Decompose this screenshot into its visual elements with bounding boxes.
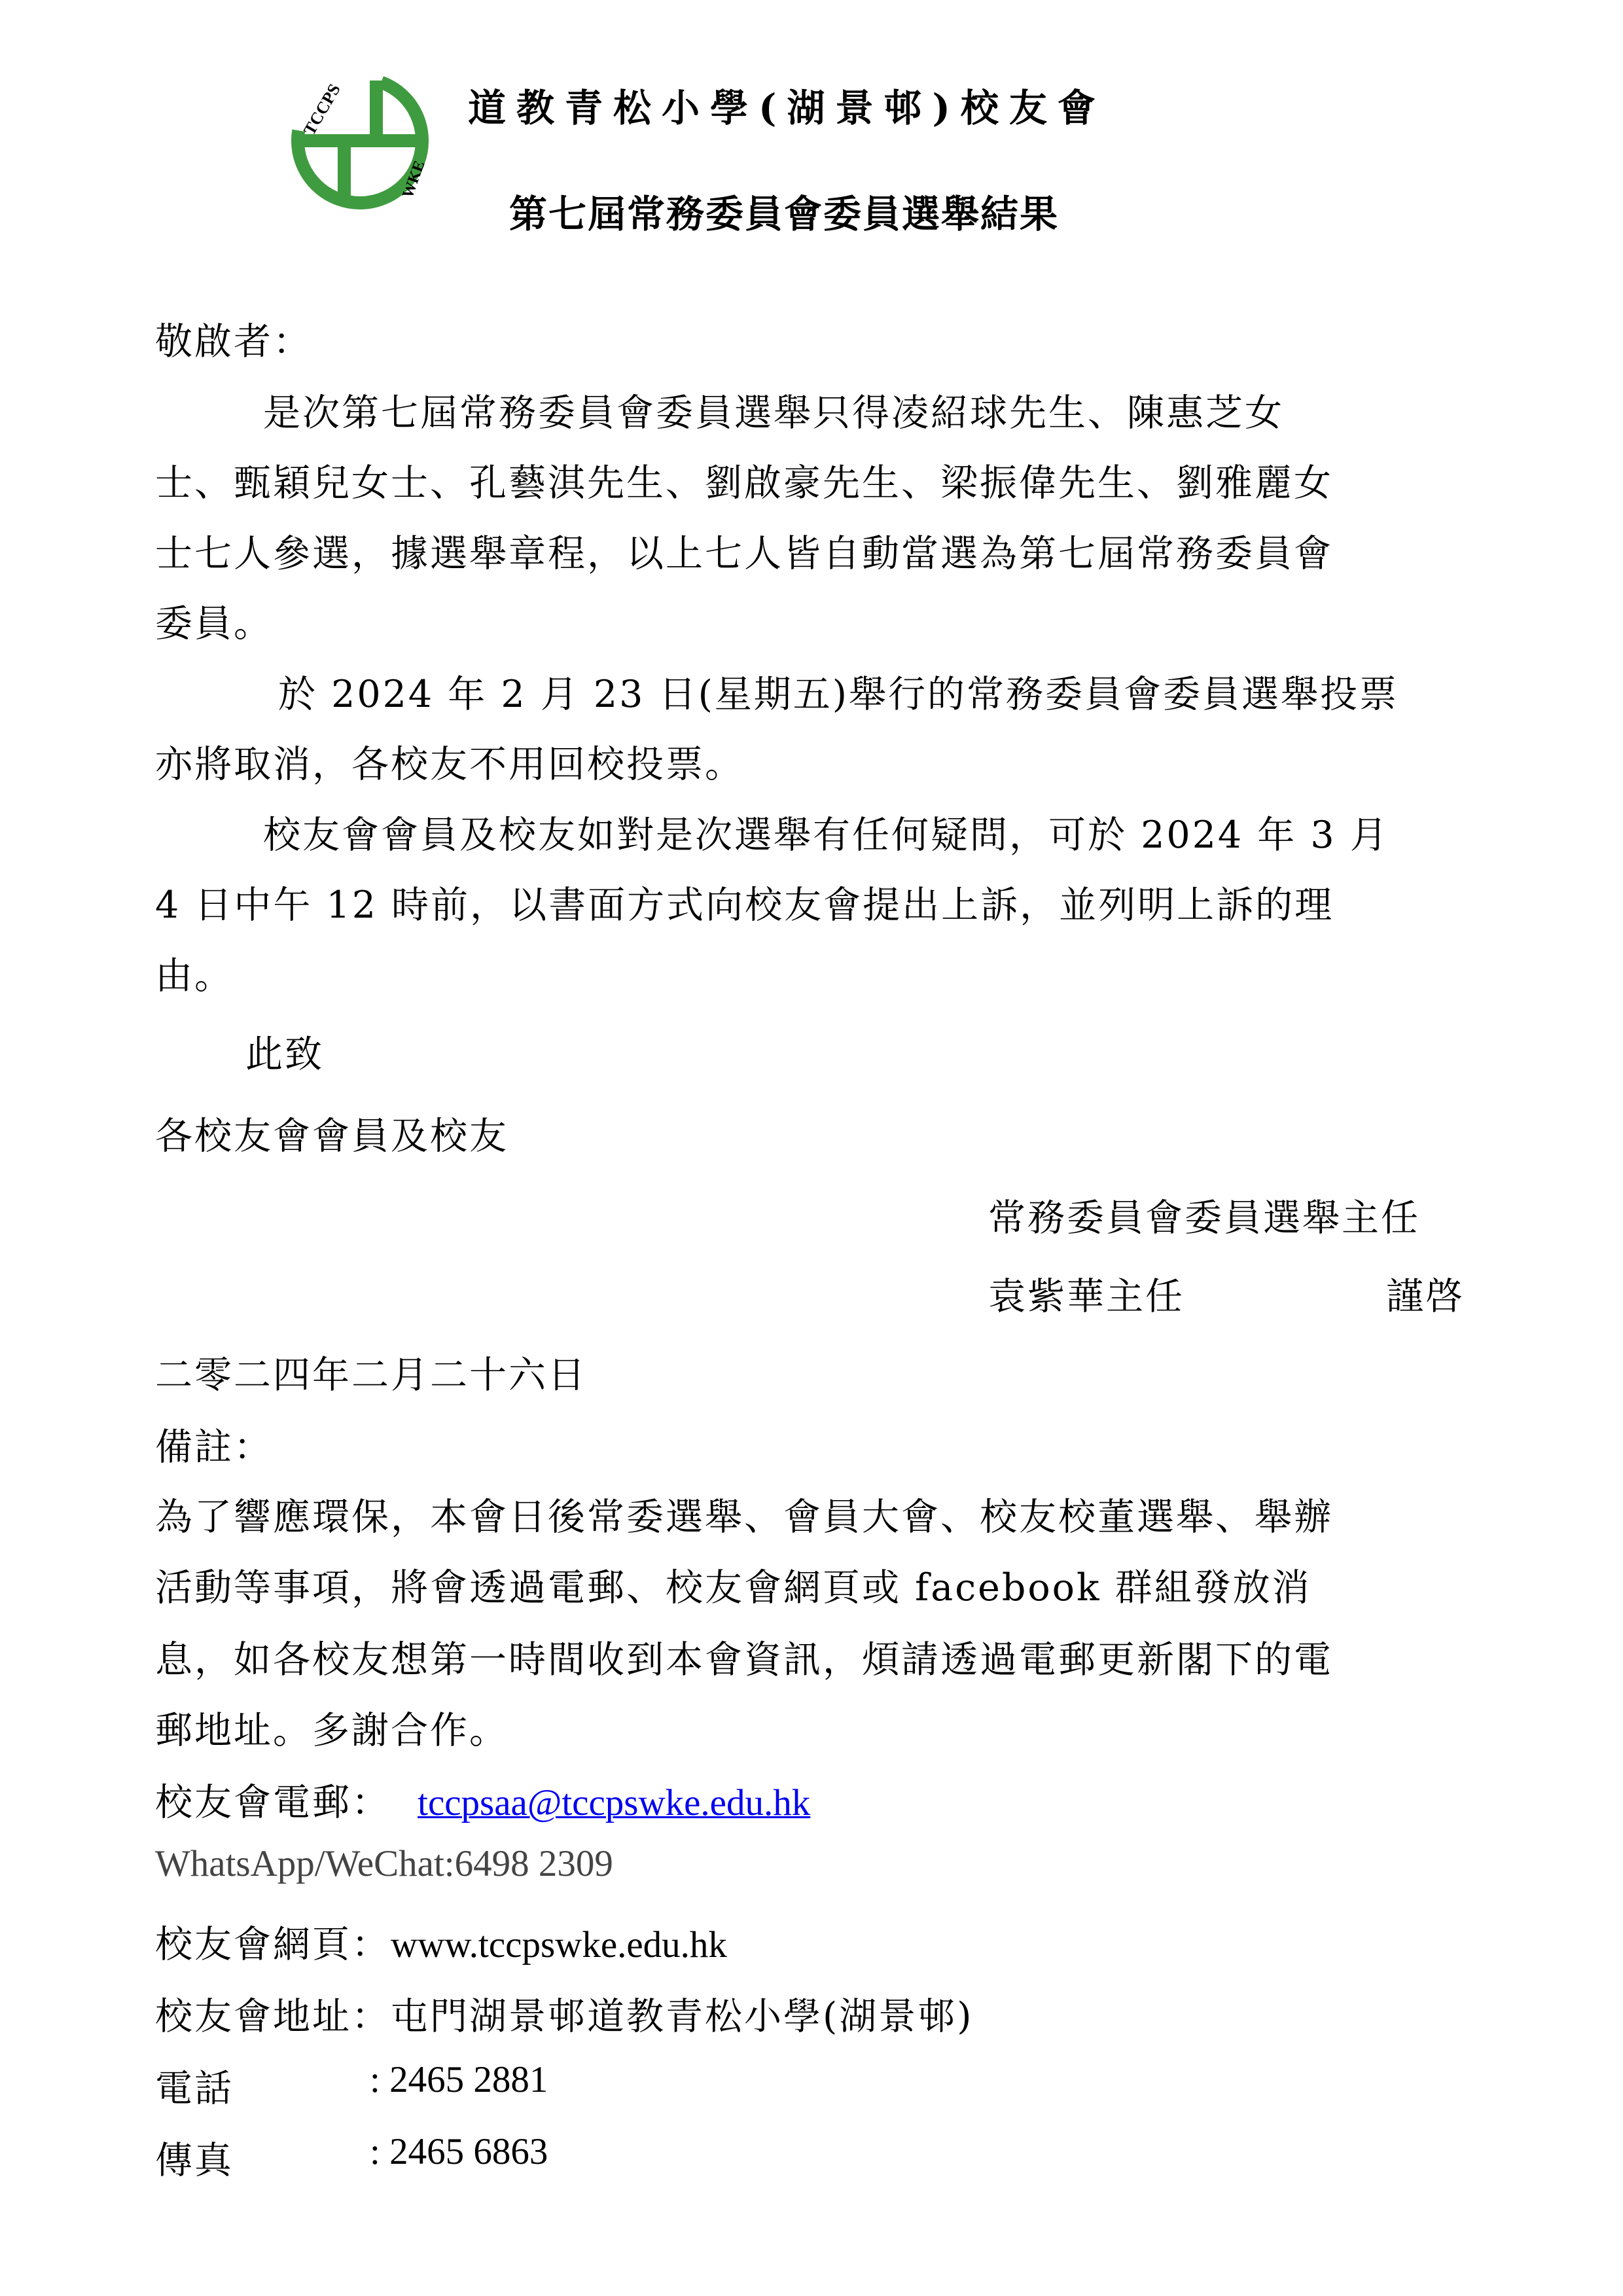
email-link[interactable]: tccpsaa@tccpswke.edu.hk (418, 1782, 810, 1823)
email-label: 校友會電郵： (155, 1781, 391, 1824)
note-line3: 息，如各校友想第一時間收到本會資訊，煩請透過電郵更新閣下的電 (155, 1630, 1333, 1683)
salutation: 敬啟者： (155, 312, 312, 365)
website-url: www.tccpswke.edu.hk (391, 1924, 727, 1965)
organization-name: 道教青松小學(湖景邨)校友會 (468, 77, 1106, 132)
paragraph1-line1: 是次第七屆常務委員會委員選舉只得凌紹球先生、陳惠芝女 (263, 383, 1284, 437)
tccps-wke-logo-icon: TCCPS WKE (275, 62, 438, 226)
note-line4: 郵地址。多謝合作。 (155, 1700, 508, 1754)
signoff: 謹啓 (1386, 1266, 1465, 1320)
whatsapp-wechat: WhatsApp/WeChat:6498 2309 (155, 1842, 613, 1885)
paragraph3-line2: 4 日中午 12 時前，以書面方式向校友會提出上訴，並列明上訴的理 (155, 875, 1334, 929)
contact-email-row: 校友會電郵： tccpsaa@tccpswke.edu.hk (155, 1772, 810, 1826)
contact-website-row: 校友會網頁：www.tccpswke.edu.hk (155, 1914, 727, 1968)
paragraph3-line1: 校友會會員及校友如對是次選舉有任何疑問，可於 2024 年 3 月 (263, 805, 1389, 859)
phone-label: 電話 (155, 2058, 234, 2112)
svg-text:TCCPS: TCCPS (300, 81, 344, 138)
paragraph1-line3: 士七人參選，據選舉章程，以上七人皆自動當選為第七屆常務委員會 (155, 524, 1333, 577)
signer-title: 常務委員會委員選舉主任 (988, 1188, 1420, 1242)
note-label: 備註： (155, 1417, 273, 1471)
document-title: 第七屆常務委員會委員選舉結果 (509, 183, 1059, 238)
fax-label: 傳真 (155, 2130, 234, 2184)
fax-value: : 2465 6863 (370, 2130, 548, 2173)
paragraph1-line2: 士、甄穎兒女士、孔藝淇先生、劉啟豪先生、梁振偉先生、劉雅麗女 (155, 453, 1333, 507)
address-value: 屯門湖景邨道教青松小學(湖景邨) (391, 1995, 973, 2038)
letter-date: 二零二四年二月二十六日 (155, 1345, 587, 1399)
paragraph2-line2: 亦將取消，各校友不用回校投票。 (155, 734, 744, 788)
school-logo: TCCPS WKE (275, 62, 438, 226)
note-line1: 為了響應環保，本會日後常委選舉、會員大會、校友校董選舉、舉辦 (155, 1487, 1333, 1541)
paragraph1-line4: 委員。 (155, 594, 273, 647)
note-line2: 活動等事項，將會透過電郵、校友會網頁或 facebook 群組發放消 (155, 1558, 1311, 1611)
phone-value: : 2465 2881 (370, 2058, 548, 2101)
closing: 此致 (245, 1024, 324, 1078)
paragraph3-line3: 由。 (155, 946, 234, 999)
paragraph2-line1: 於 2024 年 2 月 23 日(星期五)舉行的常務委員會委員選舉投票 (278, 664, 1399, 718)
recipient: 各校友會會員及校友 (155, 1106, 508, 1160)
signer-name: 袁紫華主任 (988, 1266, 1185, 1320)
address-label: 校友會地址： (155, 1995, 391, 2038)
website-label: 校友會網頁： (155, 1923, 391, 1966)
contact-address-row: 校友會地址：屯門湖景邨道教青松小學(湖景邨) (155, 1986, 973, 2040)
